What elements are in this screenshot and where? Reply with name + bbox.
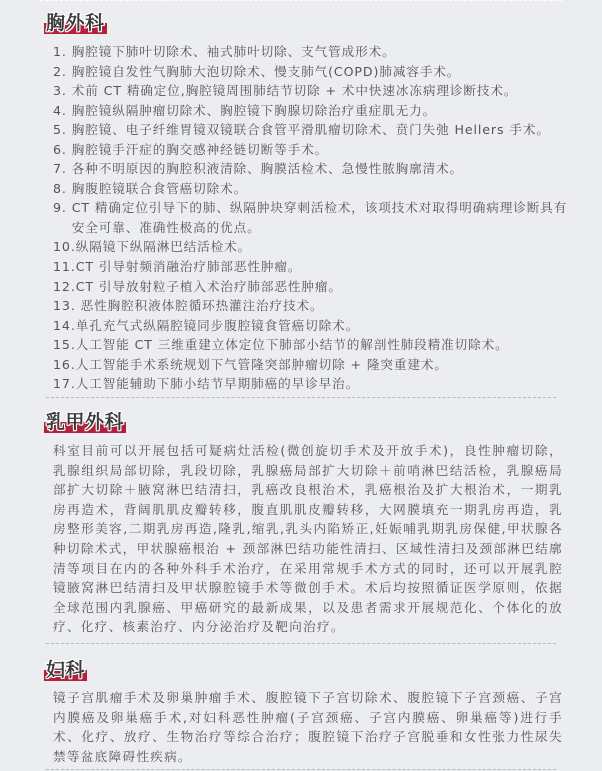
list-number: 11. [53, 257, 76, 277]
list-item: 10.纵隔镜下纵隔淋巴结活检术。 [53, 237, 573, 257]
list-item: 8. 胸腹腔镜联合食管癌切除术。 [53, 179, 573, 199]
list-number: 16. [53, 355, 76, 375]
list-text: CT 精确定位引导下的肺、纵隔肿块穿刺活检术，该项技术对取得明确病理诊断具有安全… [72, 198, 573, 237]
section-divider [46, 769, 556, 770]
list-item: 5. 胸腔镜、电子纤维胃镜双镜联合食管平滑肌瘤切除术、贲门失弛 Hellers … [53, 120, 573, 140]
list-item: 7. 各种不明原因的胸腔积液清除、胸膜活检术、急慢性脓胸廓清术。 [53, 159, 573, 179]
list-number: 7. [53, 159, 72, 179]
list-item: 6. 胸腔镜手汗症的胸交感神经链切断等手术。 [53, 140, 573, 160]
list-number: 14. [53, 316, 76, 336]
list-number: 6. [53, 140, 72, 160]
section-description: 镜子宫肌瘤手术及卵巢肿瘤手术、腹腔镜下子宫切除术、腹腔镜下子宫颈癌、子宫内膜癌及… [53, 688, 563, 766]
list-item: 9. CT 精确定位引导下的肺、纵隔肿块穿刺活检术，该项技术对取得明确病理诊断具… [53, 198, 573, 237]
section-heading: 胸外科 [44, 12, 107, 34]
list-text: 术前 CT 精确定位,胸腔镜周围肺结节切除 + 术中快速冰冻病理诊断技术。 [72, 81, 573, 101]
list-text: 胸腔镜、电子纤维胃镜双镜联合食管平滑肌瘤切除术、贲门失弛 Hellers 手术。 [72, 120, 573, 140]
section-heading: 妇科 [44, 659, 87, 681]
list-text: 胸腹腔镜联合食管癌切除术。 [72, 179, 573, 199]
list-item: 11.CT 引导射频消融治疗肺部恶性肿瘤。 [53, 257, 573, 277]
list-item: 16.人工智能手术系统规划下气管隆突部肿瘤切除 + 隆突重建术。 [53, 355, 573, 375]
list-text: 胸腔镜纵隔肿瘤切除术、胸腔镜下胸腺切除治疗重症肌无力。 [72, 101, 573, 121]
list-item: 13. 恶性胸腔积液体腔循环热灌注治疗技术。 [53, 296, 573, 316]
list-number: 9. [53, 198, 72, 237]
top-dashed-divider [40, 0, 562, 1]
list-number: 1. [53, 42, 72, 62]
section-divider [46, 397, 556, 398]
list-text: 人工智能 CT 三维重建立体定位下肺部小结节的解剖性肺段精准切除术。 [76, 335, 573, 355]
list-number: 4. [53, 101, 72, 121]
list-text: 人工智能辅助下肺小结节早期肺癌的早诊早治。 [76, 374, 573, 394]
list-text: 人工智能手术系统规划下气管隆突部肿瘤切除 + 隆突重建术。 [76, 355, 573, 375]
list-item: 4. 胸腔镜纵隔肿瘤切除术、胸腔镜下胸腺切除治疗重症肌无力。 [53, 101, 573, 121]
section-title: 胸外科 [44, 12, 107, 34]
list-text: 单孔充气式纵隔腔镜同步腹腔镜食管癌切除术。 [76, 316, 573, 336]
list-number: 12. [53, 277, 76, 297]
list-text: CT 引导放射粒子植入术治疗肺部恶性肿瘤。 [76, 277, 573, 297]
list-text: CT 引导射频消融治疗肺部恶性肿瘤。 [76, 257, 573, 277]
section-title: 乳甲外科 [44, 411, 126, 433]
list-item: 3. 术前 CT 精确定位,胸腔镜周围肺结节切除 + 术中快速冰冻病理诊断技术。 [53, 81, 573, 101]
section-divider [46, 643, 556, 644]
procedure-list: 1. 胸腔镜下肺叶切除术、袖式肺叶切除、支气管成形术。 2. 胸腔镜自发性气胸肺… [53, 42, 573, 394]
list-number: 5. [53, 120, 72, 140]
list-number: 15. [53, 335, 76, 355]
list-number: 8. [53, 179, 72, 199]
list-item: 15.人工智能 CT 三维重建立体定位下肺部小结节的解剖性肺段精准切除术。 [53, 335, 573, 355]
list-text: 恶性胸腔积液体腔循环热灌注治疗技术。 [81, 296, 573, 316]
section-heading: 乳甲外科 [44, 411, 126, 433]
list-item: 17.人工智能辅助下肺小结节早期肺癌的早诊早治。 [53, 374, 573, 394]
list-text: 胸腔镜下肺叶切除术、袖式肺叶切除、支气管成形术。 [72, 42, 573, 62]
list-number: 2. [53, 62, 72, 82]
list-number: 17. [53, 374, 76, 394]
list-text: 纵隔镜下纵隔淋巴结活检术。 [76, 237, 573, 257]
list-number: 3. [53, 81, 72, 101]
list-text: 胸腔镜手汗症的胸交感神经链切断等手术。 [72, 140, 573, 160]
list-number: 13. [53, 296, 81, 316]
list-text: 胸腔镜自发性气胸肺大泡切除术、慢支肺气(COPD)肺减容手术。 [72, 62, 573, 82]
section-description: 科室目前可以开展包括可疑病灶活检(微创旋切手术及开放手术)，良性肿瘤切除，乳腺组… [53, 441, 563, 637]
list-item: 2. 胸腔镜自发性气胸肺大泡切除术、慢支肺气(COPD)肺减容手术。 [53, 62, 573, 82]
list-text: 各种不明原因的胸腔积液清除、胸膜活检术、急慢性脓胸廓清术。 [72, 159, 573, 179]
list-item: 14.单孔充气式纵隔腔镜同步腹腔镜食管癌切除术。 [53, 316, 573, 336]
section-title: 妇科 [44, 659, 87, 681]
list-item: 1. 胸腔镜下肺叶切除术、袖式肺叶切除、支气管成形术。 [53, 42, 573, 62]
list-number: 10. [53, 237, 76, 257]
list-item: 12.CT 引导放射粒子植入术治疗肺部恶性肿瘤。 [53, 277, 573, 297]
